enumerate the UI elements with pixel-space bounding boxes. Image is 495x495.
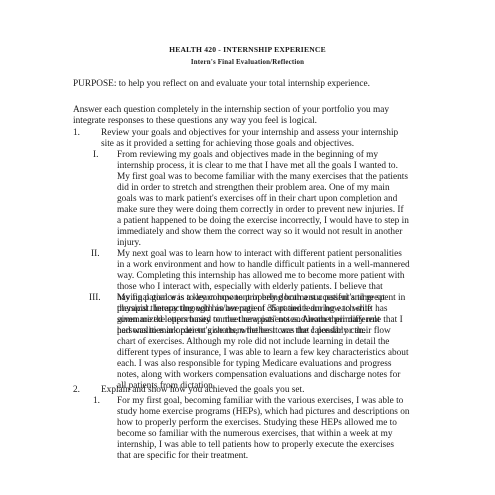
answer-line: those who I interact with, especially wi… <box>117 282 410 293</box>
answer-line: From reviewing my goals and objectives m… <box>117 150 409 161</box>
answer-line: make sure they were doing them correctly… <box>117 205 409 216</box>
question-prompt: Review your goals and objectives for you… <box>101 128 398 150</box>
answer-number: I. <box>93 150 98 161</box>
answer-line: summarized letters based on the therapis… <box>117 315 409 326</box>
answer-line: had was to mark patient's charts, whethe… <box>117 326 409 337</box>
answer-line: chart of exercises. Although my role did… <box>117 337 409 348</box>
instructions-line: Answer each question completely in the i… <box>73 105 389 116</box>
answer-line: different types of insurance, I was able… <box>117 348 409 359</box>
purpose-statement: PURPOSE: to help you reflect on and eval… <box>73 79 370 90</box>
answer-line: immediately and show them the correct wa… <box>117 227 409 238</box>
answer-number: III. <box>89 293 101 304</box>
answer-line: that are specific for their treatment. <box>117 451 410 462</box>
document-title: HEALTH 420 - INTERNSHIP EXPERIENCE <box>0 45 495 54</box>
answer-line: become so familiar with the numerous exe… <box>117 429 410 440</box>
answer-number: 1. <box>93 396 100 407</box>
answer-line: internship, I was able to tell patients … <box>117 440 410 451</box>
prompt-line: Explain and show how you achieved the go… <box>101 385 304 396</box>
answer-line: internship process, it is clear to me th… <box>117 161 409 172</box>
answer-line: For my first goal, becoming familiar wit… <box>117 396 410 407</box>
instructions: Answer each question completely in the i… <box>73 105 389 127</box>
question-number: 1. <box>73 128 80 139</box>
question-number: 2. <box>73 385 80 396</box>
answer-line: did in order to stretch and strengthen t… <box>117 183 409 194</box>
answer-line: each. I was also responsible for typing … <box>117 359 409 370</box>
answer-line: My first goal was to become familiar wit… <box>117 172 409 183</box>
answer-line: a patient happened to be doing the exerc… <box>117 216 409 227</box>
answer-line: My final goal was to learn how to proper… <box>117 293 409 304</box>
answer-line: study home exercise programs (HEPs), whi… <box>117 407 410 418</box>
answer-text: My final goal was to learn how to proper… <box>117 293 409 392</box>
answer-number: II. <box>91 249 100 260</box>
document-page: HEALTH 420 - INTERNSHIP EXPERIENCE Inter… <box>0 0 495 495</box>
document-subtitle: Intern's Final Evaluation/Reflection <box>0 59 495 66</box>
prompt-line: site as it provided a setting for achiev… <box>101 139 398 150</box>
answer-text: For my first goal, becoming familiar wit… <box>117 396 410 462</box>
answer-line: goals was to mark patient's exercises of… <box>117 194 409 205</box>
answer-line: notes, along with workers compensation e… <box>117 370 409 381</box>
answer-text: From reviewing my goals and objectives m… <box>117 150 409 249</box>
answer-line: physical therapy through his/her patient… <box>117 304 409 315</box>
answer-line: injury. <box>117 238 409 249</box>
instructions-line: integrate responses to these questions a… <box>73 116 389 127</box>
answer-line: My next goal was to learn how to interac… <box>117 249 410 260</box>
prompt-line: Review your goals and objectives for you… <box>101 128 398 139</box>
question-prompt: Explain and show how you achieved the go… <box>101 385 304 396</box>
answer-line: in a work environment and how to handle … <box>117 260 410 271</box>
answer-line: how to properly perform the exercises. S… <box>117 418 410 429</box>
answer-line: way. Completing this internship has allo… <box>117 271 410 282</box>
